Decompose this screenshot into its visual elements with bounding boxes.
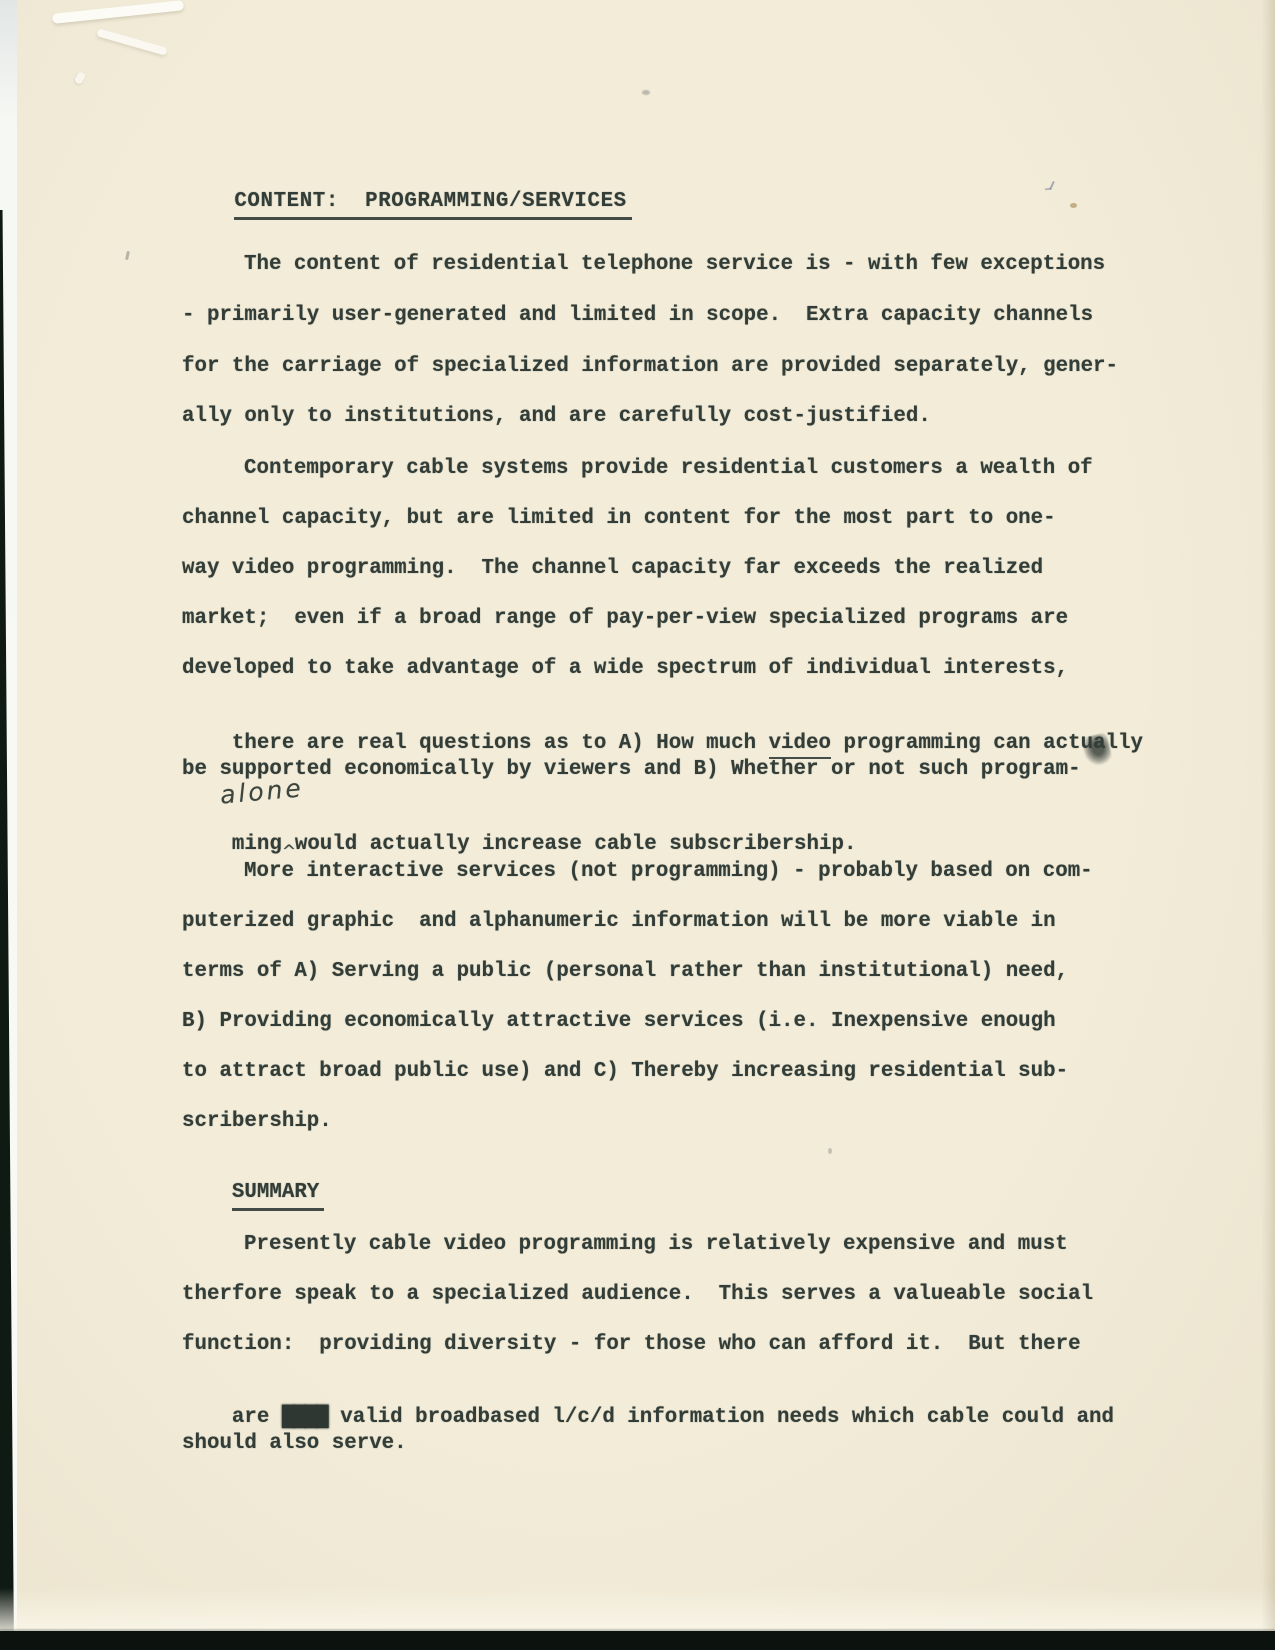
document-title: CONTENT: PROGRAMMING/SERVICES: [182, 166, 632, 244]
text-line: developed to take advantage of a wide sp…: [182, 657, 1068, 681]
text-segment: would actually increase cable subscriber…: [295, 833, 857, 856]
text-line: scribership.: [182, 1110, 332, 1134]
redacted-word: ████: [282, 1406, 328, 1429]
staple-crease-mark: [96, 28, 167, 56]
staple-crease-mark: [52, 0, 184, 24]
text-line: More interactive services (not programmi…: [182, 860, 1093, 884]
text-segment: there are real questions as to A) How mu…: [232, 732, 769, 755]
text-line: to attract broad public use) and C) Ther…: [182, 1060, 1068, 1084]
text-line: channel capacity, but are limited in con…: [182, 507, 1056, 531]
text-line: therfore speak to a specialized audience…: [182, 1283, 1093, 1307]
text-segment: valid broadbased l/c/d information needs…: [328, 1406, 1114, 1429]
text-line: The content of residential telephone ser…: [182, 253, 1105, 277]
staple-crease-mark: [74, 71, 87, 85]
text-line: for the carriage of specialized informat…: [182, 355, 1118, 379]
text-line: way video programming. The channel capac…: [182, 557, 1043, 581]
text-line: puterized graphic and alphanumeric infor…: [182, 910, 1056, 934]
handwritten-annotation-alone: alone: [219, 773, 305, 809]
scan-speck: [125, 251, 130, 260]
text-line: Presently cable video programming is rel…: [182, 1233, 1068, 1257]
pen-mark: [1044, 181, 1056, 194]
text-segment: are: [232, 1406, 282, 1429]
text-line: B) Providing economically attractive ser…: [182, 1010, 1056, 1034]
text-line: - primarily user-generated and limited i…: [182, 304, 1093, 328]
text-line: function: providing diversity - for thos…: [182, 1333, 1081, 1357]
paper-right-edge-shadow: [1261, 0, 1275, 1631]
scan-speck: [642, 90, 650, 95]
text-line: be supported economically by viewers and…: [182, 758, 1081, 782]
paper-bottom-highlight: [0, 1588, 1275, 1631]
summary-heading-text: SUMMARY: [232, 1181, 324, 1211]
underlined-word-video: video: [769, 732, 831, 759]
scan-speck: [828, 1148, 832, 1154]
scan-speck: [1070, 203, 1077, 208]
text-line: terms of A) Serving a public (personal r…: [182, 960, 1068, 984]
scan-background-bottom-edge: [0, 1631, 1275, 1650]
text-line: market; even if a broad range of pay-per…: [182, 607, 1068, 631]
text-line: Contemporary cable systems provide resid…: [182, 457, 1093, 481]
scanned-typewritten-page: CONTENT: PROGRAMMING/SERVICES The conten…: [0, 0, 1275, 1650]
text-line: ally only to institutions, and are caref…: [182, 405, 931, 429]
text-line: should also serve.: [182, 1432, 407, 1456]
text-segment: ming: [232, 833, 282, 856]
text-segment: programming can actually: [831, 732, 1143, 755]
document-title-text: CONTENT: PROGRAMMING/SERVICES: [234, 190, 631, 220]
summary-heading: SUMMARY: [182, 1157, 324, 1235]
